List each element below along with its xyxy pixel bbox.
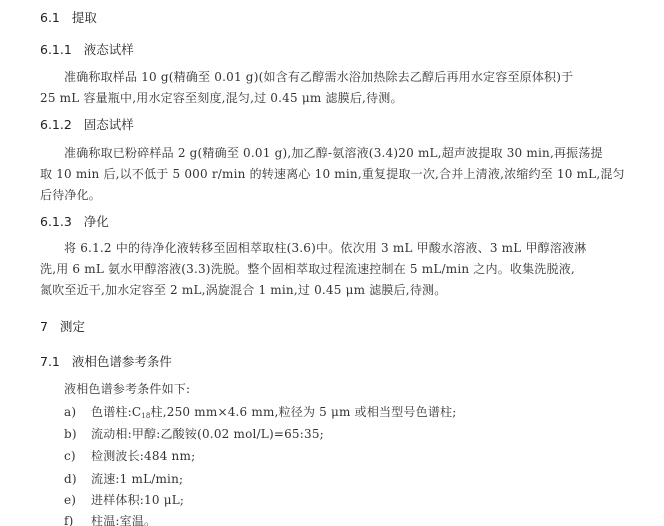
list-label: e) bbox=[64, 491, 91, 509]
section-number: 7.1 bbox=[40, 354, 60, 369]
section-title: 净化 bbox=[84, 214, 109, 229]
paragraph-line: 将 6.1.2 中的待净化液转移至固相萃取柱(3.6)中。依次用 3 mL 甲酸… bbox=[64, 239, 586, 257]
section-number: 6.1.2 bbox=[40, 117, 72, 132]
list-text: 色谱柱:C bbox=[91, 405, 141, 419]
list-text: 检测波长:484 nm; bbox=[91, 449, 195, 463]
heading-7-1: 7.1 液相色谱参考条件 bbox=[40, 353, 172, 371]
section-title: 固态试样 bbox=[84, 117, 134, 132]
section-title: 测定 bbox=[60, 319, 85, 334]
paragraph-line: 后待净化。 bbox=[40, 186, 101, 204]
list-text: 进样体积:10 μL; bbox=[91, 493, 184, 507]
paragraph-line: 准确称取已粉碎样品 2 g(精确至 0.01 g),加乙醇-氨溶液(3.4)20… bbox=[64, 144, 603, 162]
list-text: 柱温:室温。 bbox=[91, 514, 156, 526]
list-item: f)柱温:室温。 bbox=[64, 512, 156, 526]
heading-6-1: 6.1 提取 bbox=[40, 9, 97, 27]
list-intro: 液相色谱参考条件如下: bbox=[64, 380, 190, 398]
section-number: 7 bbox=[40, 319, 48, 334]
list-label: c) bbox=[64, 447, 91, 465]
list-item: d)流速:1 mL/min; bbox=[64, 470, 183, 488]
paragraph-line: 洗,用 6 mL 氨水甲醇溶液(3.3)洗脱。整个固相萃取过程流速控制在 5 m… bbox=[40, 260, 575, 278]
list-label: b) bbox=[64, 425, 91, 443]
list-text: 柱,250 mm×4.6 mm,粒径为 5 μm 或相当型号色谱柱; bbox=[151, 405, 457, 419]
list-label: a) bbox=[64, 403, 91, 421]
subscript: 18 bbox=[141, 412, 150, 420]
section-number: 6.1.3 bbox=[40, 214, 72, 229]
section-title: 液态试样 bbox=[84, 42, 134, 57]
list-text: 流速:1 mL/min; bbox=[91, 472, 183, 486]
paragraph-line: 取 10 min 后,以不低于 5 000 r/min 的转速离心 10 min… bbox=[40, 165, 625, 183]
section-number: 6.1.1 bbox=[40, 42, 72, 57]
list-item: c)检测波长:484 nm; bbox=[64, 447, 195, 465]
list-label: d) bbox=[64, 470, 91, 488]
section-title: 液相色谱参考条件 bbox=[72, 354, 172, 369]
list-item: e)进样体积:10 μL; bbox=[64, 491, 184, 509]
section-number: 6.1 bbox=[40, 10, 60, 25]
heading-6-1-1: 6.1.1 液态试样 bbox=[40, 41, 134, 59]
paragraph-line: 准确称取样品 10 g(精确至 0.01 g)(如含有乙醇需水浴加热除去乙醇后再… bbox=[64, 68, 573, 86]
list-text: 流动相:甲醇:乙酸铵(0.02 mol/L)=65:35; bbox=[91, 427, 324, 441]
heading-6-1-2: 6.1.2 固态试样 bbox=[40, 116, 134, 134]
heading-6-1-3: 6.1.3 净化 bbox=[40, 213, 109, 231]
list-item: a)色谱柱:C18柱,250 mm×4.6 mm,粒径为 5 μm 或相当型号色… bbox=[64, 403, 456, 425]
list-label: f) bbox=[64, 512, 91, 526]
paragraph-line: 氮吹至近干,加水定容至 2 mL,涡旋混合 1 min,过 0.45 μm 滤膜… bbox=[40, 281, 446, 299]
list-item: b)流动相:甲醇:乙酸铵(0.02 mol/L)=65:35; bbox=[64, 425, 324, 443]
heading-7: 7 测定 bbox=[40, 318, 85, 336]
paragraph-line: 25 mL 容量瓶中,用水定容至刻度,混匀,过 0.45 μm 滤膜后,待测。 bbox=[40, 89, 403, 107]
section-title: 提取 bbox=[72, 10, 97, 25]
